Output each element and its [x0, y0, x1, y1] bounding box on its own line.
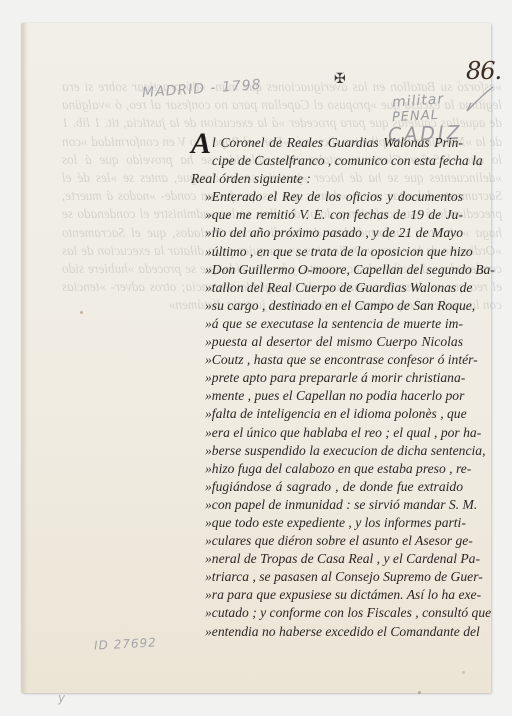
text-line: »con papel de inmunidad : se sirvió mand… [191, 496, 463, 514]
text-line: »triarca , se pasasen al Consejo Supremo… [191, 568, 463, 586]
text-line: »cutado ; y conforme con los Fiscales , … [191, 604, 463, 622]
text-line: »falta de inteligencia en el idioma polo… [191, 405, 463, 423]
text-line: »ra para que expusiese su dictámen. Así … [191, 586, 463, 604]
text-line: »á que se executase la sentencia de muer… [191, 315, 463, 333]
text-line: l Coronel de Reales Guardias Walonas Pri… [191, 134, 463, 152]
text-line: »berse suspendido la execucion de dicha … [191, 442, 463, 460]
text-line: »neral de Tropas de Casa Real , y el Car… [191, 550, 463, 568]
text-line: »era el único que hablaba el reo ; el qu… [191, 424, 463, 442]
drop-cap: A [191, 135, 211, 153]
text-line: »puesta al desertor del mismo Cuerpo Nic… [191, 333, 463, 351]
text-line: »lio del año próximo pasado , y de 21 de… [191, 224, 463, 242]
text-line: »que todo este expediente , y los inform… [191, 514, 463, 532]
text-line: »que me remitió V. E. con fechas de 19 d… [191, 206, 463, 224]
text-line: »Coutz , hasta que se encontrase confeso… [191, 351, 463, 369]
maltese-cross-ornament: ✠ [334, 71, 346, 88]
pencil-annotation-madrid: MADRID - 1798 [142, 77, 262, 101]
text-line: »culares que diéron sobre el asunto el A… [191, 532, 463, 550]
text-line: »hizo fuga del calabozo en que estaba pr… [191, 460, 463, 478]
pencil-corner-mark: y [58, 691, 66, 705]
text-line: »fugiándose á sagrado , de donde fue ext… [191, 478, 463, 496]
pencil-annotation-id: ID 27692 [94, 635, 157, 652]
text-line: Real órden siguiente : [191, 170, 463, 188]
text-line: »Enterado el Rey de los oficios y docume… [191, 188, 463, 206]
document-body: A l Coronel de Reales Guardias Walonas P… [191, 134, 463, 641]
paper-stain [462, 671, 465, 674]
paper-stain [418, 691, 421, 694]
text-line: »tallon del Real Cuerpo de Guardias Walo… [191, 279, 463, 297]
folio-number: 86. [466, 57, 501, 85]
text-line: »su cargo , destinado en el Campo de San… [191, 297, 463, 315]
checkmark-icon [465, 85, 495, 113]
text-line: »mente , pues el Capellan no podia hacer… [191, 387, 463, 405]
text-line: »prete apto para prepararle á morir chri… [191, 369, 463, 387]
paper-stain [80, 311, 83, 314]
text-line: »entendia no haberse excedido el Comanda… [191, 623, 463, 641]
text-line: »último , en que se trata de la oposicio… [191, 243, 463, 261]
text-line: »Don Guillermo O-moore, Capellan del seg… [191, 261, 463, 279]
text-line: cipe de Castelfranco , comunico con esta… [191, 152, 463, 170]
